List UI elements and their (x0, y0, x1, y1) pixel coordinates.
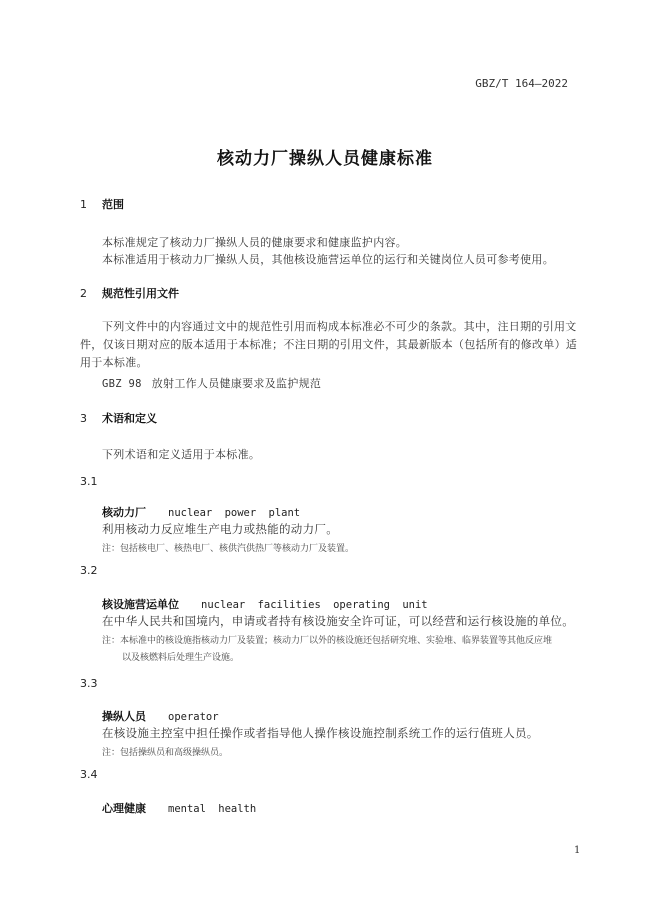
section-number: 2 (80, 287, 102, 300)
clause-number: 3.1 (80, 475, 98, 488)
paragraph: 本标准适用于核动力厂操纵人员，其他核设施营运单位的运行和关键岗位人员可参考使用。 (102, 251, 554, 267)
term-note: 注：包括核电厂、核热电厂、核供汽供热厂等核动力厂及装置。 (102, 541, 354, 554)
clause-number: 3.4 (80, 768, 98, 781)
reference-entry: GBZ 98放射工作人员健康要求及监护规范 (102, 375, 321, 391)
term-chinese: 核动力厂 (102, 506, 146, 519)
term-entry: 核动力厂nuclear power plant (102, 501, 300, 520)
term-chinese: 操纵人员 (102, 710, 146, 723)
reference-title: 放射工作人员健康要求及监护规范 (152, 377, 322, 390)
term-definition: 利用核动力反应堆生产电力或热能的动力厂。 (102, 521, 338, 537)
term-entry: 操纵人员operator (102, 705, 219, 724)
term-definition: 在核设施主控室中担任操作或者指导他人操作核设施控制系统工作的运行值班人员。 (102, 725, 539, 741)
term-entry: 核设施营运单位nuclear facilities operating unit (102, 593, 428, 612)
term-english: mental health (168, 803, 256, 815)
reference-code: GBZ 98 (102, 378, 142, 390)
section-number: 3 (80, 412, 102, 425)
paragraph: 下列术语和定义适用于本标准。 (102, 446, 260, 462)
term-english: nuclear facilities operating unit (201, 599, 428, 611)
term-definition: 在中华人民共和国境内，申请或者持有核设施安全许可证，可以经营和运行核设施的单位。 (102, 613, 574, 629)
term-note: 注：本标准中的核设施指核动力厂及装置；核动力厂以外的核设施还包括研究堆、实验堆、… (102, 633, 552, 646)
term-chinese: 心理健康 (102, 802, 146, 815)
clause-number: 3.3 (80, 677, 98, 690)
section-1-heading: 1范围 (80, 196, 124, 212)
paragraph: 本标准规定了核动力厂操纵人员的健康要求和健康监护内容。 (102, 234, 407, 250)
page-number: 1 (574, 845, 580, 856)
term-chinese: 核设施营运单位 (102, 598, 179, 611)
paragraph: 下列文件中的内容通过文中的规范性引用而构成本标准必不可少的条款。其中，注日期的引… (80, 318, 580, 372)
section-title: 规范性引用文件 (102, 287, 179, 300)
section-3-heading: 3术语和定义 (80, 410, 157, 426)
term-note-continuation: 以及核燃料后处理生产设施。 (122, 650, 239, 663)
standard-code: GBZ/T 164—2022 (475, 77, 568, 90)
term-entry: 心理健康mental health (102, 797, 256, 816)
document-title: 核动力厂操纵人员健康标准 (0, 144, 650, 169)
term-english: nuclear power plant (168, 507, 300, 519)
section-title: 术语和定义 (102, 412, 157, 425)
clause-number: 3.2 (80, 564, 98, 577)
section-number: 1 (80, 198, 102, 211)
term-english: operator (168, 711, 219, 723)
term-note: 注：包括操纵员和高级操纵员。 (102, 745, 228, 758)
section-title: 范围 (102, 198, 124, 211)
section-2-heading: 2规范性引用文件 (80, 285, 179, 301)
